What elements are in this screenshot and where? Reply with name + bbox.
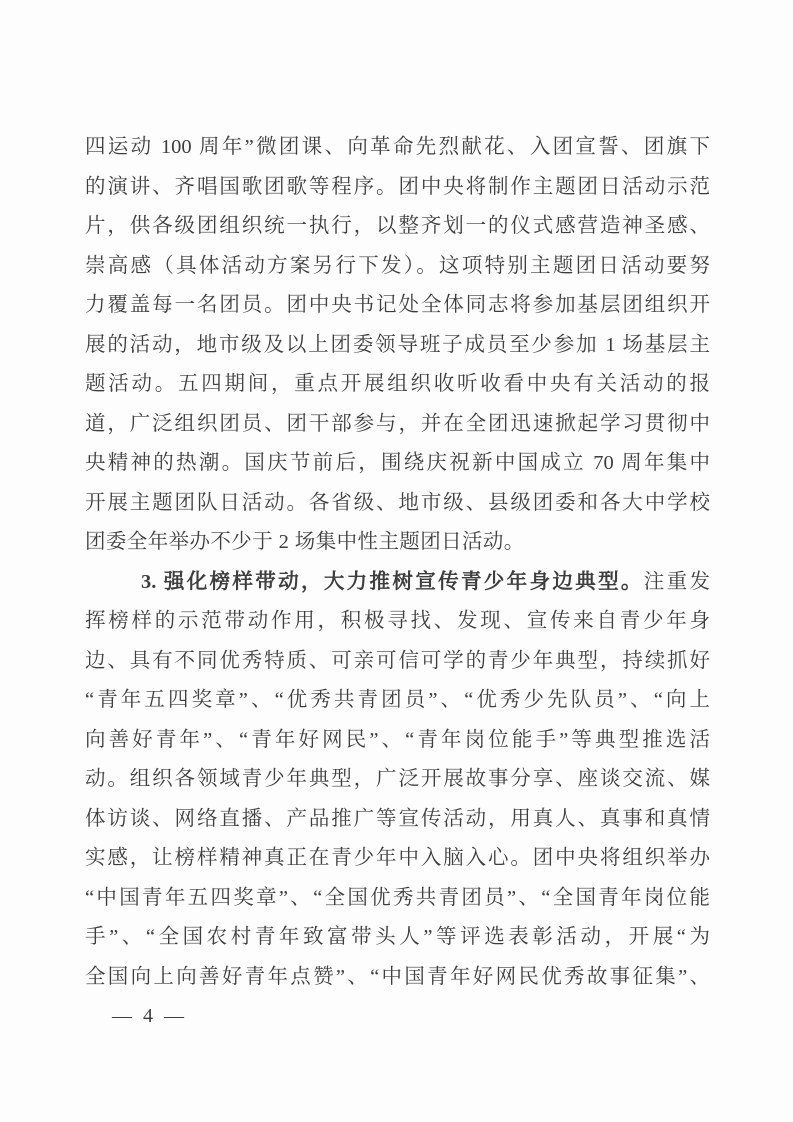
text-line: 的演讲、齐唱国歌团歌等程序。团中央将制作主题团日活动示范 — [85, 168, 710, 208]
document-body: 四运动 100 周年”微团课、向革命先烈献花、入团宣誓、团旗下的演讲、齐唱国歌团… — [85, 128, 710, 997]
body-text: 注重发 — [644, 571, 710, 593]
body-text: 片，供各级团组织统一执行，以整齐划一的仪式感营造神圣感、 — [85, 215, 710, 237]
body-text: 边、具有不同优秀特质、可亲可信可学的青少年典型，持续抓好 — [85, 650, 710, 672]
text-line: 全国向上向善好青年点赞”、“中国青年好网民优秀故事征集”、 — [85, 958, 710, 998]
body-text: “中国青年五四奖章”、“全国优秀共青团员”、“全国青年岗位能 — [85, 887, 710, 909]
body-text: 动。组织各领域青少年典型，广泛开展故事分享、座谈交流、媒 — [85, 768, 710, 790]
text-line: 道，广泛组织团员、团干部参与，并在全团迅速掀起学习贯彻中 — [85, 405, 710, 445]
body-text: 体访谈、网络直播、产品推广等宣传活动，用真人、真事和真情 — [85, 808, 710, 830]
body-text: 挥榜样的示范带动作用，积极寻找、发现、宣传来自青少年身 — [85, 610, 710, 632]
body-text: 向善好青年”、“青年好网民”、“青年岗位能手”等典型推选活 — [85, 729, 710, 751]
text-line: 题活动。五四期间，重点开展组织收听收看中央有关活动的报 — [85, 365, 710, 405]
paragraph-item-3: 3. 强化榜样带动，大力推树宣传青少年身边典型。注重发挥榜样的示范带动作用，积极… — [85, 563, 710, 998]
text-line: 3. 强化榜样带动，大力推树宣传青少年身边典型。注重发 — [85, 563, 710, 603]
body-text: 开展主题团队日活动。各省级、地市级、县级团委和各大中学校 — [85, 492, 710, 514]
text-line: 开展主题团队日活动。各省级、地市级、县级团委和各大中学校 — [85, 484, 710, 524]
body-text: 题活动。五四期间，重点开展组织收听收看中央有关活动的报 — [85, 373, 710, 395]
text-line: “青年五四奖章”、“优秀共青团员”、“优秀少先队员”、“向上 — [85, 681, 710, 721]
text-line: 体访谈、网络直播、产品推广等宣传活动，用真人、真事和真情 — [85, 800, 710, 840]
text-line: “中国青年五四奖章”、“全国优秀共青团员”、“全国青年岗位能 — [85, 879, 710, 919]
text-line: 动。组织各领域青少年典型，广泛开展故事分享、座谈交流、媒 — [85, 760, 710, 800]
body-text: 力覆盖每一名团员。团中央书记处全体同志将参加基层团组织开 — [85, 294, 710, 316]
body-text: 道，广泛组织团员、团干部参与，并在全团迅速掀起学习贯彻中 — [85, 413, 710, 435]
paragraph-continued: 四运动 100 周年”微团课、向革命先烈献花、入团宣誓、团旗下的演讲、齐唱国歌团… — [85, 128, 710, 563]
body-text: 四运动 100 周年”微团课、向革命先烈献花、入团宣誓、团旗下 — [85, 136, 710, 158]
body-text: 的演讲、齐唱国歌团歌等程序。团中央将制作主题团日活动示范 — [85, 176, 710, 198]
text-line: 片，供各级团组织统一执行，以整齐划一的仪式感营造神圣感、 — [85, 207, 710, 247]
body-text: 团委全年举办不少于 2 场集中性主题团日活动。 — [85, 531, 525, 553]
text-line: 手”、“全国农村青年致富带头人”等评选表彰活动，开展“为 — [85, 918, 710, 958]
text-line: 四运动 100 周年”微团课、向革命先烈献花、入团宣誓、团旗下 — [85, 128, 710, 168]
body-text: 央精神的热潮。国庆节前后，围绕庆祝新中国成立 70 周年集中 — [85, 452, 710, 474]
page-number: — 4 — — [112, 1001, 187, 1031]
document-page: 四运动 100 周年”微团课、向革命先烈献花、入团宣誓、团旗下的演讲、齐唱国歌团… — [0, 0, 793, 1122]
text-line: 挥榜样的示范带动作用，积极寻找、发现、宣传来自青少年身 — [85, 602, 710, 642]
text-line: 力覆盖每一名团员。团中央书记处全体同志将参加基层团组织开 — [85, 286, 710, 326]
body-text: 实感，让榜样精神真正在青少年中入脑入心。团中央将组织举办 — [85, 847, 710, 869]
text-line: 团委全年举办不少于 2 场集中性主题团日活动。 — [85, 523, 710, 563]
body-text: 全国向上向善好青年点赞”、“中国青年好网民优秀故事征集”、 — [85, 966, 710, 988]
body-text: 手”、“全国农村青年致富带头人”等评选表彰活动，开展“为 — [85, 926, 710, 948]
text-line: 实感，让榜样精神真正在青少年中入脑入心。团中央将组织举办 — [85, 839, 710, 879]
body-text: “青年五四奖章”、“优秀共青团员”、“优秀少先队员”、“向上 — [85, 689, 710, 711]
text-line: 崇高感（具体活动方案另行下发）。这项特别主题团日活动要努 — [85, 247, 710, 287]
body-text: 展的活动，地市级及以上团委领导班子成员至少参加 1 场基层主 — [85, 334, 710, 356]
text-line: 边、具有不同优秀特质、可亲可信可学的青少年典型，持续抓好 — [85, 642, 710, 682]
body-text: 崇高感（具体活动方案另行下发）。这项特别主题团日活动要努 — [85, 255, 710, 277]
text-line: 展的活动，地市级及以上团委领导班子成员至少参加 1 场基层主 — [85, 326, 710, 366]
text-line: 向善好青年”、“青年好网民”、“青年岗位能手”等典型推选活 — [85, 721, 710, 761]
text-line: 央精神的热潮。国庆节前后，围绕庆祝新中国成立 70 周年集中 — [85, 444, 710, 484]
item-heading-text: 3. 强化榜样带动，大力推树宣传青少年身边典型。 — [141, 571, 644, 593]
